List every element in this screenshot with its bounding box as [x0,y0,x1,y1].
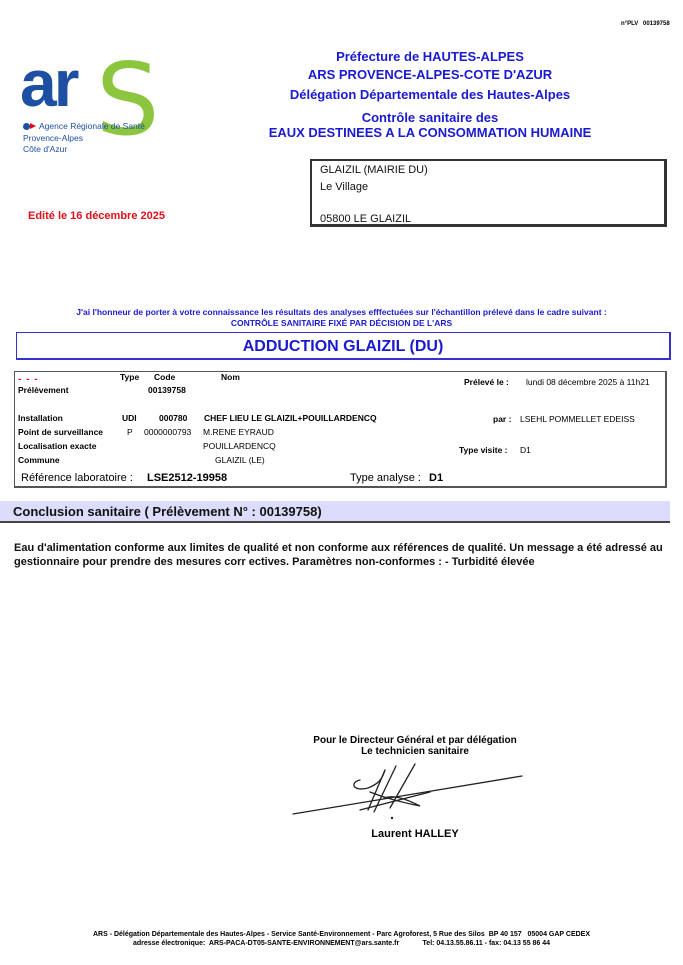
intro-text: J'ai l'honneur de porter à votre connais… [0,307,683,317]
address-line3: 05800 LE GLAIZIL [320,213,411,225]
footer-address: ARS - Délégation Départementale des Haut… [0,931,683,938]
type-analyse-value: D1 [429,472,443,484]
preleve-le-value: lundi 08 décembre 2025 à 11h21 [526,377,650,387]
signature-role: Le technicien sanitaire [280,746,550,757]
footer-contact: adresse électronique: ARS-PACA-DT05-SANT… [0,940,683,947]
logo-region-line2: Côte d'Azur [23,144,67,154]
logo-ar-text: ar [20,50,76,116]
localisation-label: Localisation exacte [18,441,96,451]
plv-label: n°PLV [621,21,638,27]
point-name: M.RENE EYRAUD [203,427,274,437]
installation-name: CHEF LIEU LE GLAIZIL+POUILLARDENCQ [204,413,377,423]
logo-agency-name: Agence Régionale de Santé [39,121,145,131]
adduction-box: ADDUCTION GLAIZIL (DU) [16,332,671,360]
header-prefecture: Préfecture de HAUTES-ALPES [230,49,630,64]
sample-info-box: - - - Type Code Nom Prélèvement 00139758… [14,371,667,488]
plv-number: 00139758 [643,21,670,27]
col-nom-header: Nom [221,372,240,382]
commune-value: GLAIZIL (LE) [215,455,265,465]
point-type: P [127,427,133,437]
prelevement-code: 00139758 [148,385,186,395]
handwritten-signature-icon [290,762,530,822]
header-controle: Contrôle sanitaire des [230,110,630,125]
type-analyse-label: Type analyse : [350,472,421,484]
header-eaux: EAUX DESTINEES A LA CONSOMMATION HUMAINE [230,125,630,140]
col-type-header: Type [120,372,139,382]
type-visite-label: Type visite : [459,445,508,455]
intro-context: CONTRÔLE SANITAIRE FIXÉ PAR DÉCISION DE … [0,318,683,328]
conclusion-title: Conclusion sanitaire ( Prélèvement N° : … [13,504,322,519]
localisation-value: POUILLARDENCQ [203,441,276,451]
adduction-title: ADDUCTION GLAIZIL (DU) [243,338,444,355]
preleve-le-label: Prélevé le : [464,377,509,387]
par-label: par : [493,414,511,424]
ars-logo: ar S Agence Régionale de Santé Provence-… [20,68,170,168]
recipient-address-box: GLAIZIL (MAIRIE DU) Le Village 05800 LE … [310,159,667,227]
ref-labo-value: LSE2512-19958 [147,472,227,484]
col-code-header: Code [154,372,175,382]
commune-label: Commune [18,455,60,465]
signer-name: Laurent HALLEY [280,828,550,840]
logo-dots-icon [23,123,39,130]
header-delegation: Délégation Départementale des Hautes-Alp… [230,87,630,102]
type-visite-value: D1 [520,445,531,455]
point-code: 0000000793 [144,427,191,437]
logo-s-text: S [96,50,159,150]
conclusion-text: Eau d'alimentation conforme aux limites … [14,541,674,569]
ref-labo-label: Référence laboratoire : [21,472,133,484]
header-ars: ARS PROVENCE-ALPES-COTE D'AZUR [230,67,630,82]
address-line2: Le Village [320,181,368,193]
edited-date: Edité le 16 décembre 2025 [28,210,165,222]
point-surveillance-label: Point de surveillance [18,427,103,437]
installation-type: UDI [122,413,137,423]
par-value: LSEHL POMMELLET EDEISS [520,414,635,424]
installation-label: Installation [18,413,63,423]
prelevement-label: Prélèvement [18,385,69,395]
logo-region-line1: Provence-Alpes [23,133,83,143]
conclusion-header: Conclusion sanitaire ( Prélèvement N° : … [0,501,670,523]
signature-delegation: Pour le Directeur Général et par délégat… [280,735,550,746]
address-line1: GLAIZIL (MAIRIE DU) [320,164,428,176]
installation-code: 000780 [159,413,187,423]
red-dashes: - - - [18,374,39,385]
